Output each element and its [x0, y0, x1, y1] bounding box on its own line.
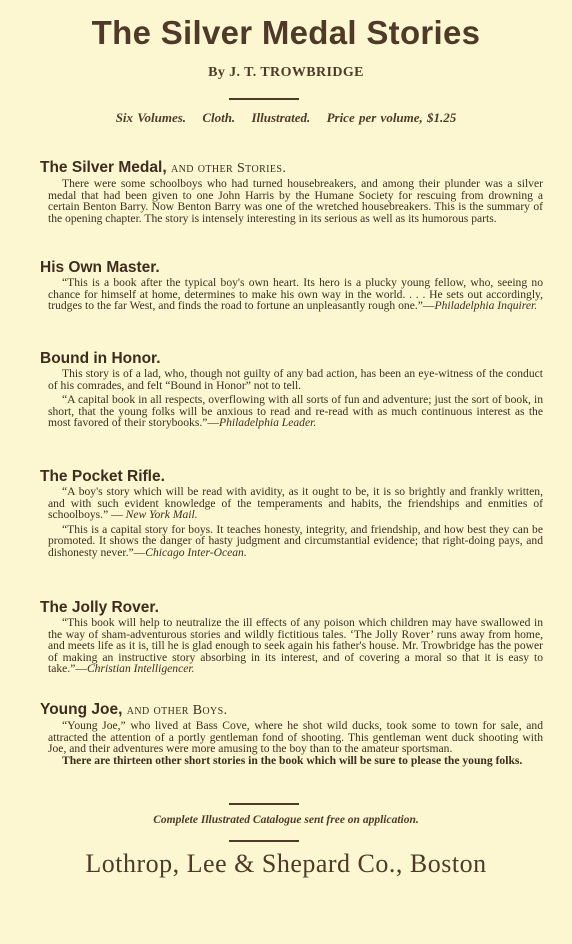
spec-binding: Cloth.	[202, 110, 235, 125]
divider-rule	[229, 803, 299, 805]
book-title: Bound in Honor.	[40, 349, 543, 368]
spec-price: Price per volume, $1.25	[327, 110, 457, 125]
review-source: Philadelphia Leader.	[219, 416, 316, 429]
book-title: The Pocket Rifle.	[40, 467, 543, 486]
review-source: Philadelphia Inquirer.	[435, 299, 538, 312]
book-title: The Silver Medal, and other Stories.	[40, 158, 543, 178]
book-title: The Jolly Rover.	[40, 598, 543, 617]
book-entry-young-joe: Young Joe, and other Boys. “Young Joe,” …	[40, 700, 543, 769]
book-description: “Young Joe,” who lived at Bass Cove, whe…	[40, 720, 543, 755]
divider-rule	[229, 840, 299, 842]
advertisement-page: The Silver Medal Stories By J. T. TROWBR…	[0, 0, 572, 944]
book-review: “This is a book after the typical boy's …	[40, 277, 543, 312]
book-entry-pocket-rifle: The Pocket Rifle. “A boy's story which w…	[40, 467, 543, 562]
review-source: Chicago Inter-Ocean.	[145, 546, 247, 559]
book-entry-his-own-master: His Own Master. “This is a book after th…	[40, 258, 543, 315]
book-review: “A boy's story which will be read with a…	[40, 486, 543, 521]
page-title: The Silver Medal Stories	[0, 14, 572, 52]
book-title: Young Joe, and other Boys.	[40, 700, 543, 720]
review-source: New York Mail.	[126, 508, 198, 521]
series-specs: Six Volumes. Cloth. Illustrated. Price p…	[0, 110, 572, 126]
spec-volumes: Six Volumes.	[116, 110, 186, 125]
divider-rule	[229, 98, 299, 100]
catalogue-note: Complete Illustrated Catalogue sent free…	[0, 814, 572, 826]
book-description: This story is of a lad, who, though not …	[40, 368, 543, 391]
book-title: His Own Master.	[40, 258, 543, 277]
book-entry-bound-in-honor: Bound in Honor. This story is of a lad, …	[40, 349, 543, 432]
book-entry-jolly-rover: The Jolly Rover. “This book will help to…	[40, 598, 543, 678]
book-description: There were some schoolboys who had turne…	[40, 178, 543, 224]
book-review: “A capital book in all respects, overflo…	[40, 394, 543, 429]
spec-illustrated: Illustrated.	[251, 110, 310, 125]
review-source: Christian Intelligencer.	[87, 662, 195, 675]
book-review: “This is a capital story for boys. It te…	[40, 524, 543, 559]
author-byline: By J. T. TROWBRIDGE	[0, 65, 572, 81]
book-description: There are thirteen other short stories i…	[40, 755, 543, 767]
book-entry-silver-medal: The Silver Medal, and other Stories. The…	[40, 158, 543, 227]
publisher-name: Lothrop, Lee & Shepard Co., Boston	[0, 849, 572, 879]
book-review: “This book will help to neutralize the i…	[40, 617, 543, 675]
